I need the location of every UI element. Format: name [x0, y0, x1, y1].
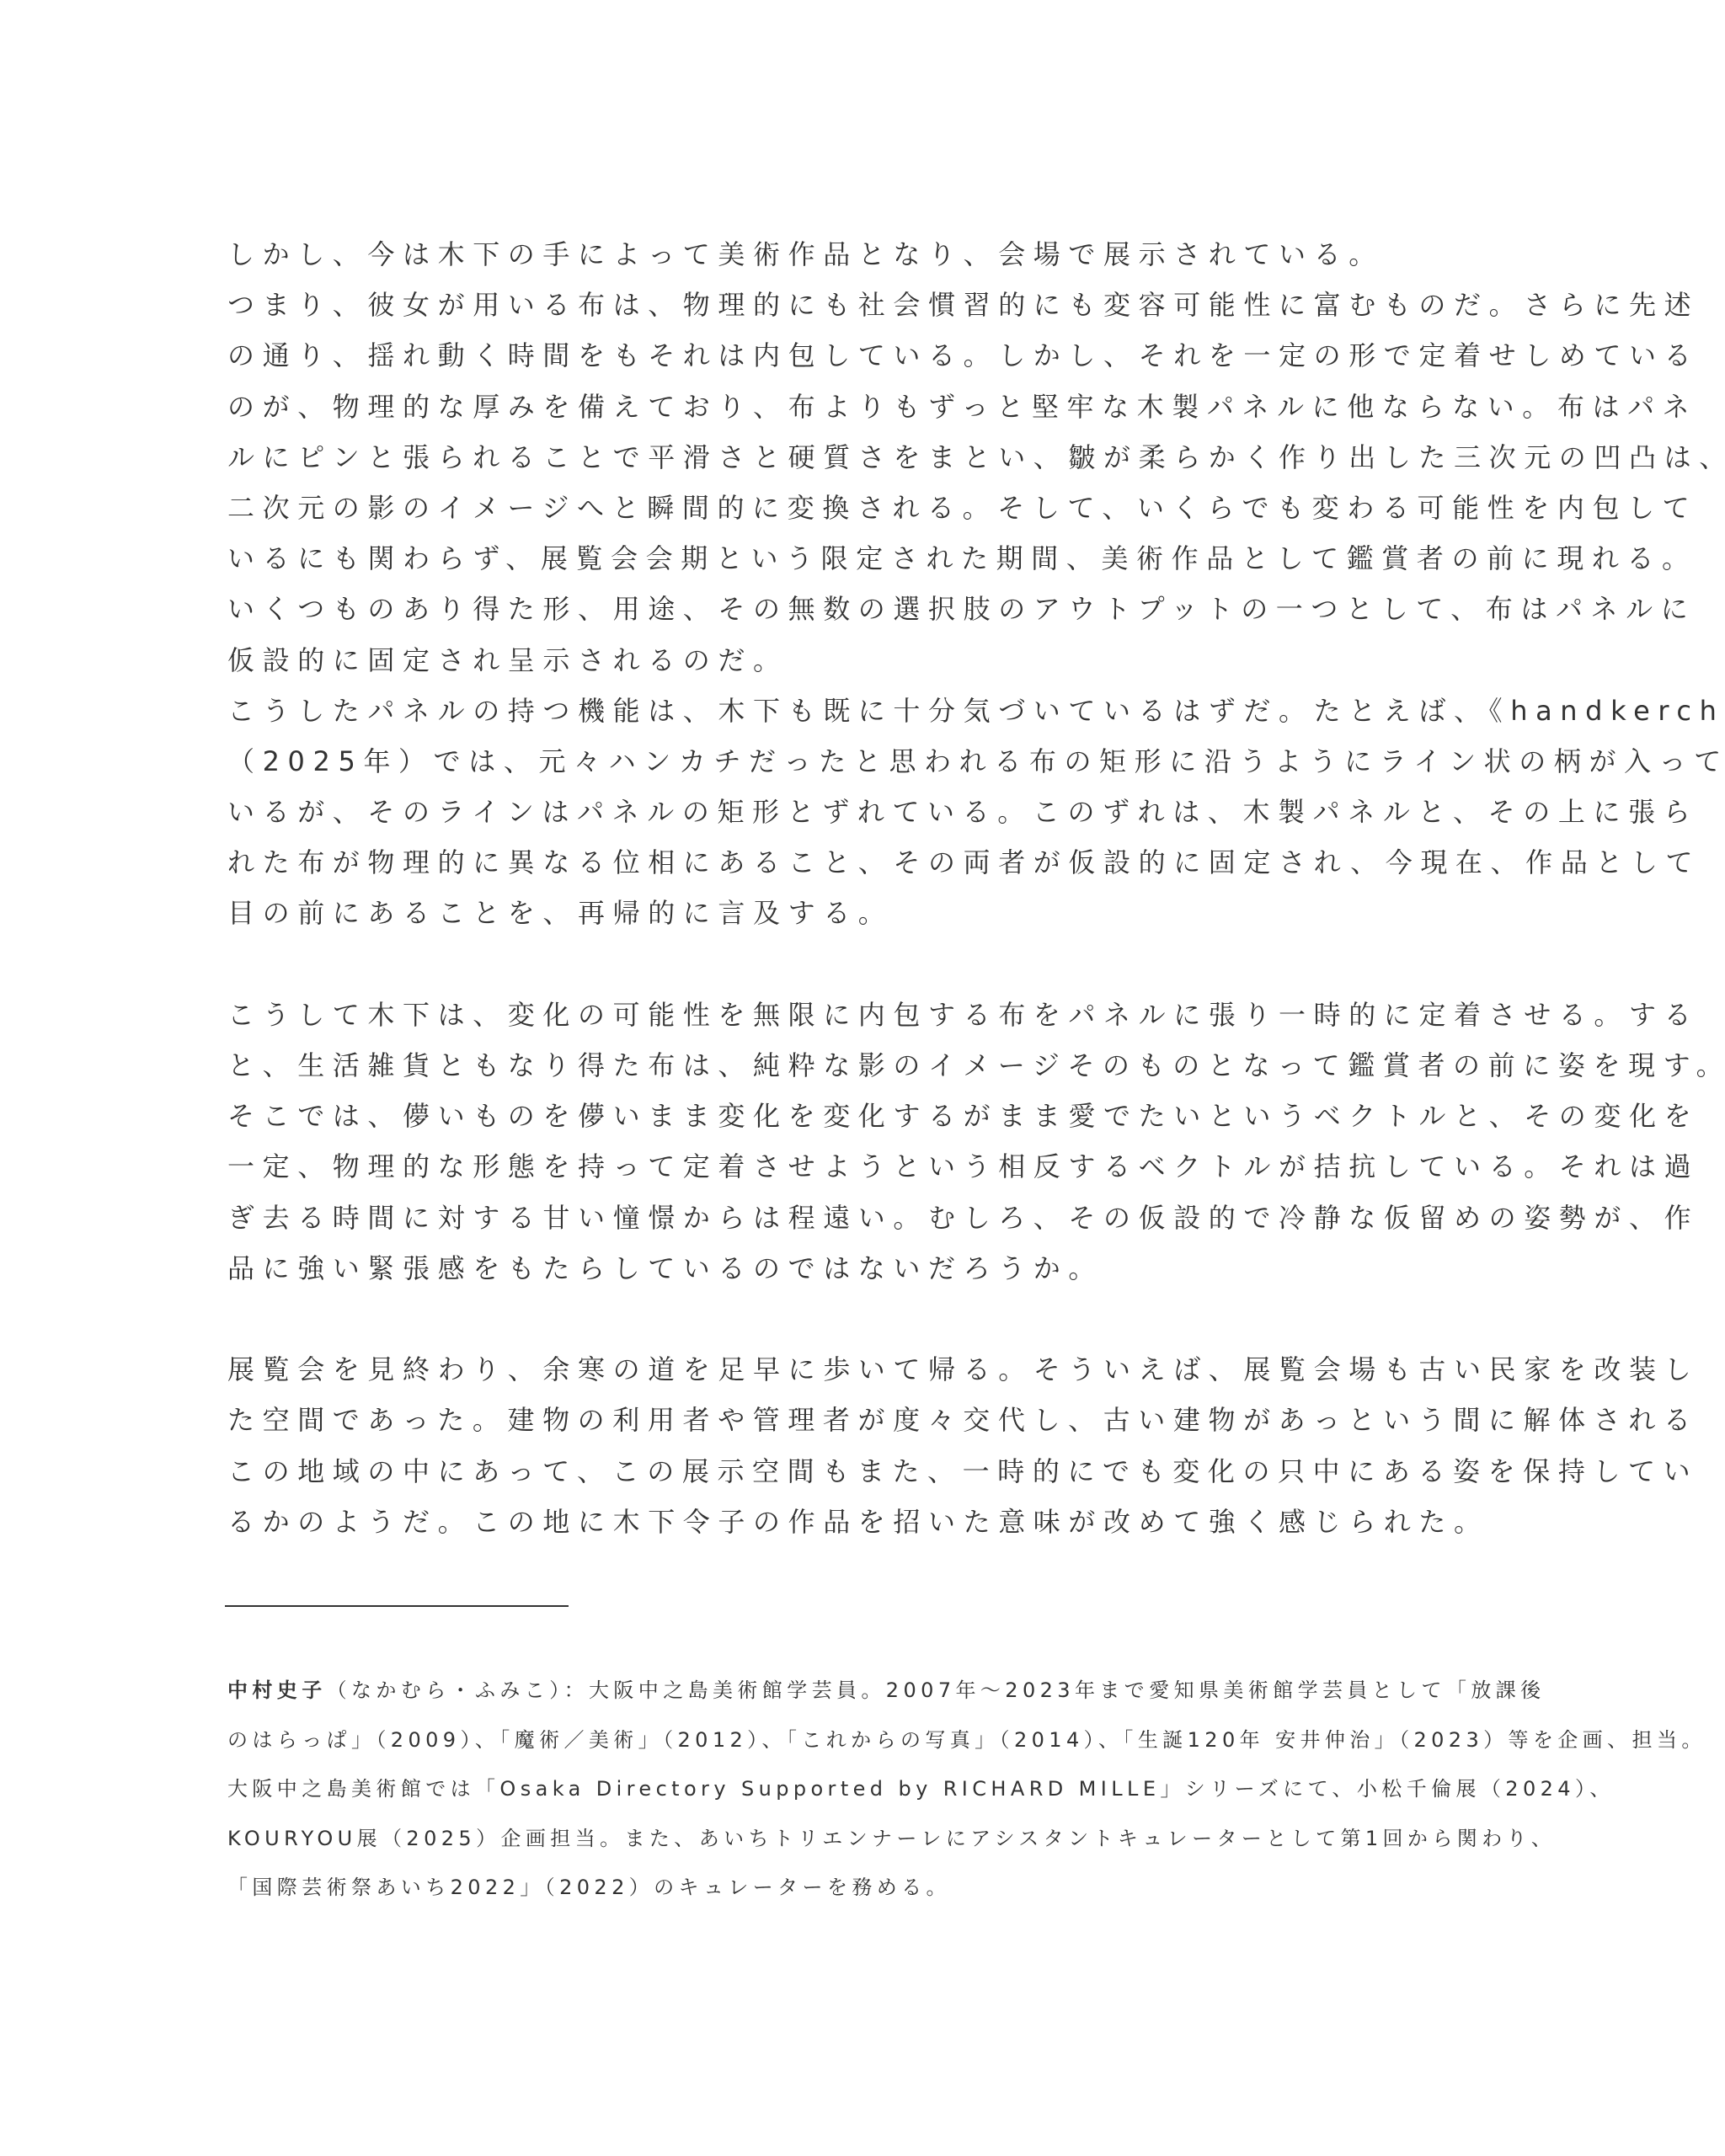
paragraph-gap [227, 1294, 1516, 1344]
bio-line: 中村史子（なかむら・ふみこ）：大阪中之島美術館学芸員。2007年〜2023年まで… [227, 1666, 1516, 1716]
text-line: れた布が物理的に異なる位相にあること、その両者が仮設的に固定され、今現在、作品と… [227, 837, 1516, 888]
text-line: るかのようだ。この地に木下令子の作品を招いた意味が改めて強く感じられた。 [227, 1497, 1516, 1547]
text-line: 展覧会を見終わり、余寒の道を足早に歩いて帰る。そういえば、展覧会場も古い民家を改… [227, 1344, 1516, 1395]
paragraph-3: 展覧会を見終わり、余寒の道を足早に歩いて帰る。そういえば、展覧会場も古い民家を改… [227, 1344, 1516, 1547]
text-line: た空間であった。建物の利用者や管理者が度々交代し、古い建物があっという間に解体さ… [227, 1395, 1516, 1445]
bio-line: KOURYOU展（2025）企画担当。また、あいちトリエンナーレにアシスタントキ… [227, 1814, 1516, 1864]
text-line: のが、物理的な厚みを備えており、布よりもずっと堅牢な木製パネルに他ならない。布は… [227, 382, 1516, 432]
text-line: この地域の中にあって、この展示空間もまた、一時的にでも変化の只中にある姿を保持し… [227, 1446, 1516, 1497]
bio-line: 「国際芸術祭あいち2022」（2022）のキュレーターを務める。 [227, 1863, 1516, 1913]
text-line: 二次元の影のイメージへと瞬間的に変換される。そして、いくらでも変わる可能性を内包… [227, 483, 1516, 533]
paragraph-2: こうして木下は、変化の可能性を無限に内包する布をパネルに張り一時的に定着させる。… [227, 990, 1516, 1294]
text-line: の通り、揺れ動く時間をもそれは内包している。しかし、それを一定の形で定着せしめて… [227, 330, 1516, 381]
article-body: しかし、今は木下の手によって美術作品となり、会場で展示されている。 つまり、彼女… [227, 229, 1516, 1547]
document-page: しかし、今は木下の手によって美術作品となり、会場で展示されている。 つまり、彼女… [0, 0, 1725, 2156]
author-bio: 中村史子（なかむら・ふみこ）：大阪中之島美術館学芸員。2007年〜2023年まで… [227, 1666, 1516, 1913]
text-line: こうしたパネルの持つ機能は、木下も既に十分気づいているはずだ。たとえば、《han… [227, 686, 1516, 736]
bio-line: のはらっぱ」（2009）、「魔術／美術」（2012）、「これからの写真」（201… [227, 1716, 1516, 1765]
text-line: 品に強い緊張感をもたらしているのではないだろうか。 [227, 1243, 1516, 1294]
text-line: 目の前にあることを、再帰的に言及する。 [227, 888, 1516, 938]
text-line: 一定、物理的な形態を持って定着させようという相反するベクトルが拮抗している。それ… [227, 1141, 1516, 1192]
text-line: いるが、そのラインはパネルの矩形とずれている。このずれは、木製パネルと、その上に… [227, 787, 1516, 837]
text-line: いくつものあり得た形、用途、その無数の選択肢のアウトプットの一つとして、布はパネ… [227, 584, 1516, 634]
text-line: ルにピンと張られることで平滑さと硬質さをまとい、皺が柔らかく作り出した三次元の凹… [227, 432, 1516, 483]
text-line: つまり、彼女が用いる布は、物理的にも社会慣習的にも変容可能性に富むものだ。さらに… [227, 280, 1516, 330]
text-line: いるにも関わらず、展覧会会期という限定された期間、美術作品として鑑賞者の前に現れ… [227, 533, 1516, 584]
footnote-divider [225, 1605, 569, 1607]
text-line: 仮設的に固定され呈示されるのだ。 [227, 635, 1516, 686]
bio-line-1-rest: （なかむら・ふみこ）：大阪中之島美術館学芸員。2007年〜2023年まで愛知県美… [327, 1678, 1546, 1702]
text-line: こうして木下は、変化の可能性を無限に内包する布をパネルに張り一時的に定着させる。… [227, 990, 1516, 1040]
text-line: しかし、今は木下の手によって美術作品となり、会場で展示されている。 [227, 229, 1516, 280]
text-line: そこでは、儚いものを儚いまま変化を変化するがまま愛でたいというベクトルと、その変… [227, 1091, 1516, 1141]
bio-line: 大阪中之島美術館では「Osaka Directory Supported by … [227, 1764, 1516, 1814]
author-name: 中村史子 [227, 1678, 327, 1702]
text-line: と、生活雑貨ともなり得た布は、純粋な影のイメージそのものとなって鑑賞者の前に姿を… [227, 1040, 1516, 1091]
text-line: ぎ去る時間に対する甘い憧憬からは程遠い。むしろ、その仮設的で冷静な仮留めの姿勢が… [227, 1193, 1516, 1243]
text-line: （2025年）では、元々ハンカチだったと思われる布の矩形に沿うようにライン状の柄… [227, 736, 1516, 787]
paragraph-1: しかし、今は木下の手によって美術作品となり、会場で展示されている。 つまり、彼女… [227, 229, 1516, 939]
paragraph-gap [227, 939, 1516, 990]
